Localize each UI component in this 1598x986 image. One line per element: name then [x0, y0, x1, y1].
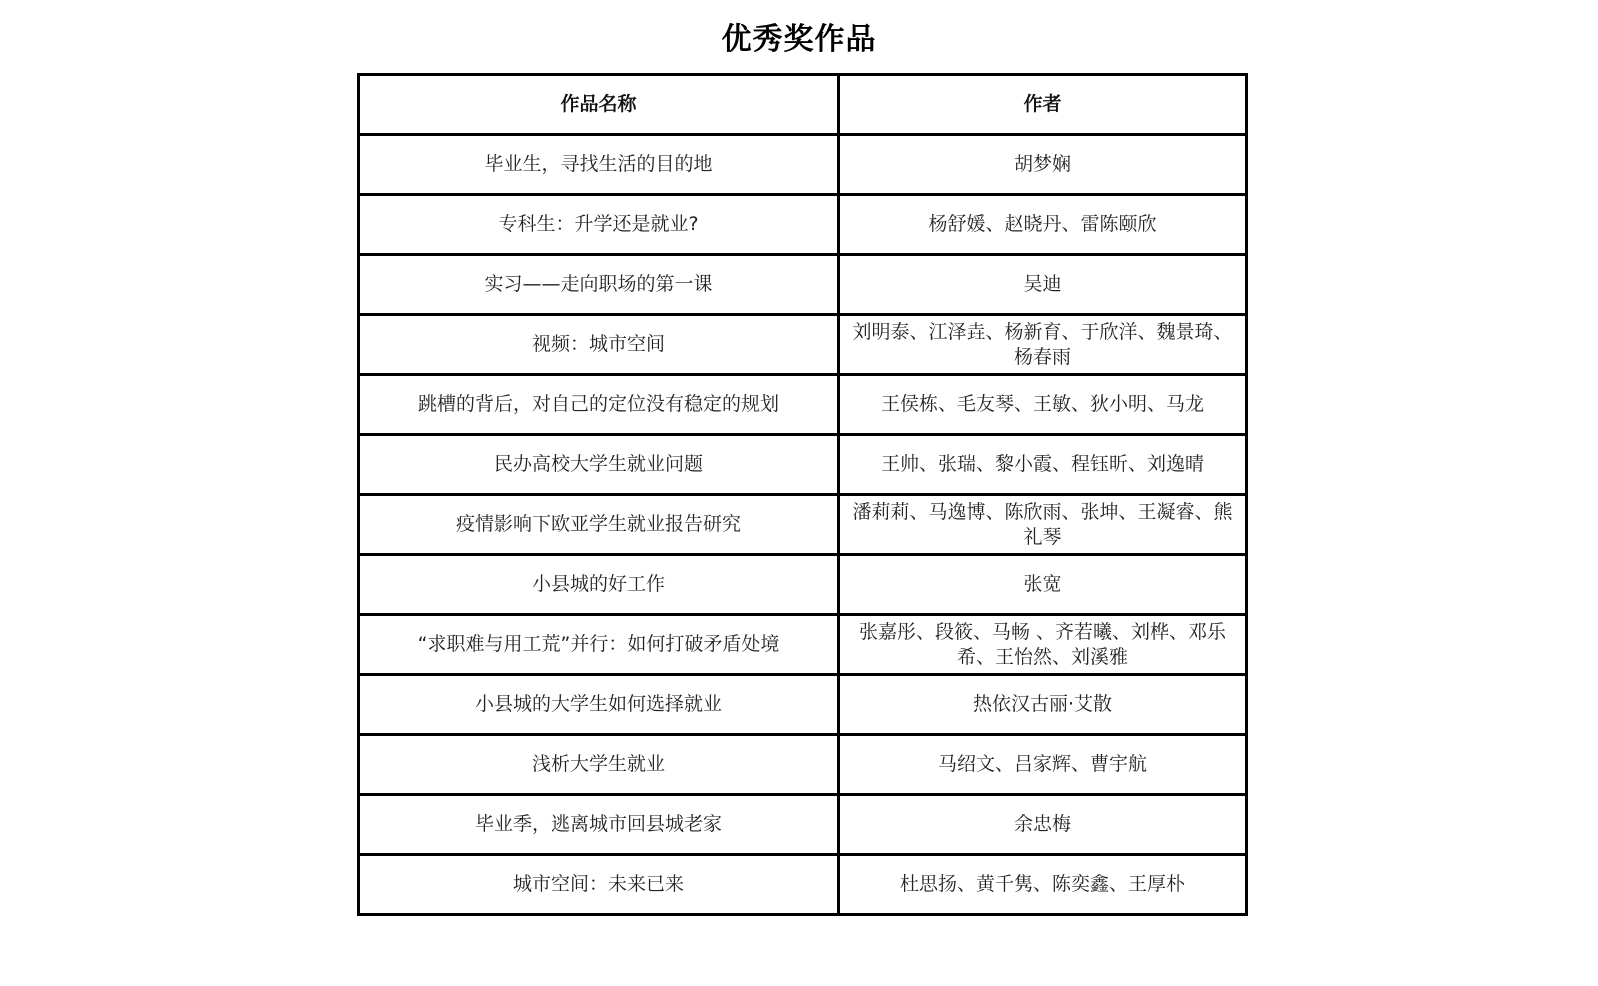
- table-row: 跳槽的背后，对自己的定位没有稳定的规划 王侯栋、毛友琴、王敏、狄小明、马龙: [359, 375, 1247, 435]
- work-title-cell: 跳槽的背后，对自己的定位没有稳定的规划: [359, 375, 839, 435]
- table-row: 实习——走向职场的第一课 吴迪: [359, 255, 1247, 315]
- author-cell: 马绍文、吕家辉、曹宇航: [839, 735, 1247, 795]
- table-row: 民办高校大学生就业问题 王帅、张瑞、黎小霞、程钰昕、刘逸晴: [359, 435, 1247, 495]
- work-title-cell: 城市空间：未来已来: [359, 855, 839, 915]
- author-cell: 胡梦娴: [839, 135, 1247, 195]
- table-row: 毕业季，逃离城市回县城老家 余忠梅: [359, 795, 1247, 855]
- author-cell: 张嘉彤、段筱、马畅 、齐若曦、刘桦、邓乐希、王怡然、刘溪雅: [839, 615, 1247, 675]
- table-row: 毕业生，寻找生活的目的地 胡梦娴: [359, 135, 1247, 195]
- table-header-row: 作品名称 作者: [359, 75, 1247, 135]
- table-row: 疫情影响下欧亚学生就业报告研究 潘莉莉、马逸博、陈欣雨、张坤、王凝睿、熊礼琴: [359, 495, 1247, 555]
- author-cell: 王侯栋、毛友琴、王敏、狄小明、马龙: [839, 375, 1247, 435]
- work-title-cell: 毕业季，逃离城市回县城老家: [359, 795, 839, 855]
- author-cell: 王帅、张瑞、黎小霞、程钰昕、刘逸晴: [839, 435, 1247, 495]
- work-title-cell: 视频：城市空间: [359, 315, 839, 375]
- document-title: 优秀奖作品: [0, 18, 1598, 62]
- table-row: 小县城的好工作 张宽: [359, 555, 1247, 615]
- author-cell: 杨舒媛、赵晓丹、雷陈颐欣: [839, 195, 1247, 255]
- author-cell: 潘莉莉、马逸博、陈欣雨、张坤、王凝睿、熊礼琴: [839, 495, 1247, 555]
- table-row: 视频：城市空间 刘明泰、江泽垚、杨新育、于欣洋、魏景琦、杨春雨: [359, 315, 1247, 375]
- work-title-cell: 浅析大学生就业: [359, 735, 839, 795]
- work-title-cell: 小县城的好工作: [359, 555, 839, 615]
- author-cell: 刘明泰、江泽垚、杨新育、于欣洋、魏景琦、杨春雨: [839, 315, 1247, 375]
- work-title-cell: 疫情影响下欧亚学生就业报告研究: [359, 495, 839, 555]
- table-row: 小县城的大学生如何选择就业 热依汉古丽·艾散: [359, 675, 1247, 735]
- work-title-cell: 实习——走向职场的第一课: [359, 255, 839, 315]
- work-title-cell: 专科生：升学还是就业?: [359, 195, 839, 255]
- table-row: 城市空间：未来已来 杜思扬、黄千隽、陈奕鑫、王厚朴: [359, 855, 1247, 915]
- author-cell: 余忠梅: [839, 795, 1247, 855]
- column-header-work-title: 作品名称: [359, 75, 839, 135]
- author-cell: 吴迪: [839, 255, 1247, 315]
- work-title-cell: 民办高校大学生就业问题: [359, 435, 839, 495]
- author-cell: 杜思扬、黄千隽、陈奕鑫、王厚朴: [839, 855, 1247, 915]
- table-row: “求职难与用工荒”并行：如何打破矛盾处境 张嘉彤、段筱、马畅 、齐若曦、刘桦、邓…: [359, 615, 1247, 675]
- work-title-cell: 毕业生，寻找生活的目的地: [359, 135, 839, 195]
- work-title-cell: 小县城的大学生如何选择就业: [359, 675, 839, 735]
- author-cell: 张宽: [839, 555, 1247, 615]
- column-header-author: 作者: [839, 75, 1247, 135]
- table-row: 浅析大学生就业 马绍文、吕家辉、曹宇航: [359, 735, 1247, 795]
- work-title-cell: “求职难与用工荒”并行：如何打破矛盾处境: [359, 615, 839, 675]
- award-works-table: 作品名称 作者 毕业生，寻找生活的目的地 胡梦娴 专科生：升学还是就业? 杨舒媛…: [357, 73, 1248, 916]
- author-cell: 热依汉古丽·艾散: [839, 675, 1247, 735]
- table-row: 专科生：升学还是就业? 杨舒媛、赵晓丹、雷陈颐欣: [359, 195, 1247, 255]
